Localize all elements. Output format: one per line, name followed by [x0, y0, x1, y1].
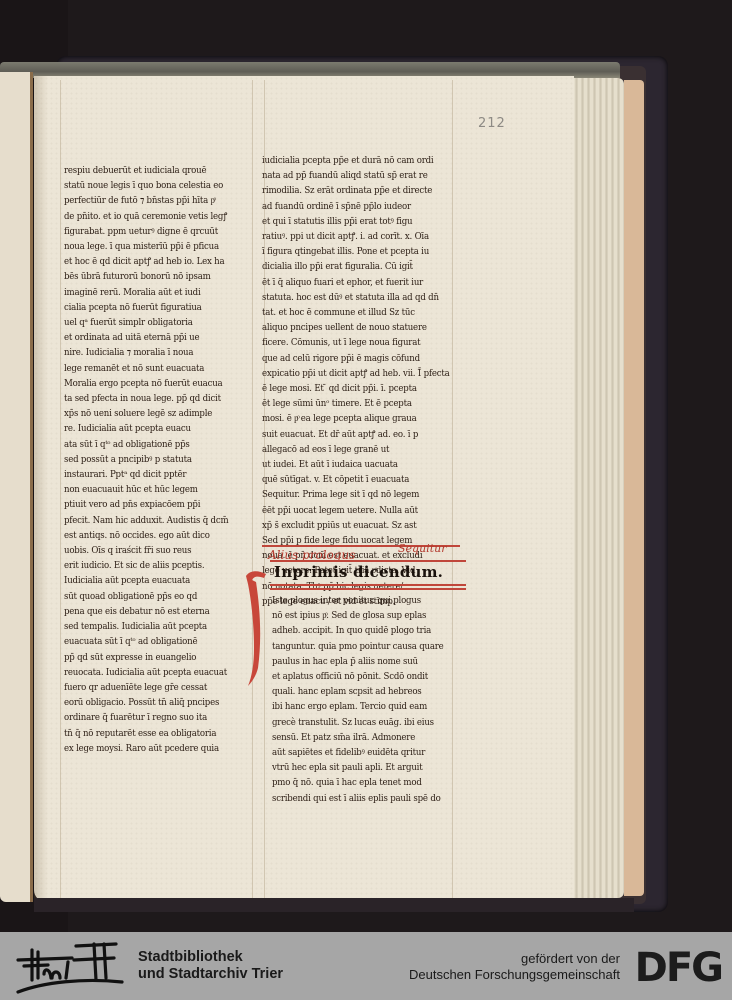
text-line: sensū. Et patz sm̄a ilrā. Admonere	[272, 730, 460, 746]
text-line: tat. et hoc ē commune et illud Sz tūc	[262, 306, 456, 322]
text-line: dicialia illo pp̄i erat figuralia. Cū ig…	[262, 260, 456, 276]
text-line: et hoc ē qd dicit aptꝭ ad heb io. Lex ha	[64, 255, 244, 271]
text-line: et qui ī statutis illis pp̄i erat totꝰ f…	[262, 214, 456, 230]
text-line: pp̄ qd sūt expresse in euangelio	[64, 650, 244, 666]
text-line: ptiuit vero ad pn̄s expiacōem pp̄i	[64, 498, 244, 514]
text-line: euacuata sūt ī qᵗᵒ ad obligationē	[64, 635, 244, 651]
facing-page-left	[0, 72, 33, 902]
funding-line2: Deutschen Forschungsgemeinschaft	[409, 967, 620, 983]
text-line: fuero qr aduenīēte lege gr̄e cessat	[64, 681, 244, 697]
text-line: et aplatus officiū nō pōnit. Scdō ondit	[272, 670, 460, 686]
text-line: nire. Iudicialia ⁊ moralia ī noua	[64, 346, 244, 362]
rubric-rule	[270, 584, 466, 586]
text-line: statū noue legis ī quo bona celestia eo	[64, 179, 244, 195]
text-line: pena que eis debatur nō est eterna	[64, 605, 244, 621]
text-line: bēs ūbrā futurorū bonorū nō ipsam	[64, 270, 244, 286]
text-line: et ordinata ad uitā eternā pp̄i ue	[64, 331, 244, 347]
text-line: ta sed pfecta in noua lege. pp̄ qd dicit	[64, 392, 244, 408]
text-line: sed tempalis. Iudicialia aūt pcepta	[64, 620, 244, 636]
text-line: reuocata. Iudicialia aūt pcepta euacuat	[64, 665, 244, 681]
text-line: ibi hanc ergo eplam. Tercio quid eam	[272, 700, 460, 716]
text-line: ēt ī q̄ aliquo fuari et ephor, et fuerit…	[262, 275, 456, 291]
text-line: Moralia ergo pcepta nō fuerūt euacua	[64, 376, 244, 392]
text-line: ēēt pp̄i uocat legem uetere. Nulla aūt	[262, 503, 456, 519]
text-line: ēt lege sūmi ūnᵒ timere. Et ē pcepta	[262, 397, 456, 413]
text-line: que ad celū rigore pp̄i ē magis cōfund	[262, 351, 456, 367]
text-line: suit euacuat. Et dr̄ aūt aptꝭ ad. eo. ī …	[262, 427, 456, 443]
library-name-line1: Stadtbibliothek	[138, 949, 283, 966]
text-line: Iudicialia aūt pcepta euacuata	[64, 574, 244, 590]
text-line: ī figura qtingebat illis. Pone et pcepta…	[262, 245, 456, 261]
text-line: sūt quoad obligationē pp̄s eo qd	[64, 589, 244, 605]
left-text-column: respiu debuerūt et iudiciala qrouēstatū …	[64, 164, 244, 754]
rubric-rule	[270, 588, 466, 590]
library-name-line2: und Stadtarchiv Trier	[138, 966, 283, 983]
funding-line1: gefördert von der	[409, 951, 620, 967]
text-line: quali. hanc eplam scpsit ad hebreos	[272, 685, 460, 701]
text-line: Iste plogus inter ponitur. qui plogus	[272, 594, 460, 610]
text-line: adheb. accipit. In quo quidē plogo tria	[272, 624, 460, 640]
text-line: tanguntur. quia pmo pointur causa quare	[272, 639, 460, 655]
dfg-logo: DFG	[635, 948, 722, 988]
text-line: iudicialia pcepta pp̄e et durā nō cam or…	[262, 154, 456, 170]
text-line: lege remanēt et nō sunt euacuata	[64, 361, 244, 377]
text-line: pfecit. Nam hic adduxit. Audistis q̄ dcm…	[64, 513, 244, 529]
text-line: nata ad pp̄ fuandū aliqd statū sp̄ erat …	[262, 169, 456, 185]
text-line: allegacō ad eos ī lege granē ut	[262, 442, 456, 458]
text-line: erit iudicio. Et sic de aliis pceptis.	[64, 559, 244, 575]
text-line: ut iudei. Et aūt ī iudaica uacuata	[262, 458, 456, 474]
text-line: scribendi qui est ī aliis eplis pauli sp…	[272, 791, 460, 807]
text-line: aūt sapiētes et fidelibꝰ euidēta qritur	[272, 746, 460, 762]
text-line: nō est ipius pͦ. Sed de glosa sup eplas	[272, 609, 460, 625]
text-line: instaurari. Pptᵃ qd dicit pptēr	[64, 468, 244, 484]
text-line: noua lege. ī qua misterīū pp̄i ē pficua	[64, 240, 244, 256]
text-line: est antiqs. nō occides. ego aūt dico	[64, 528, 244, 544]
text-line: cialia pcepta nō fuerūt figuratiua	[64, 300, 244, 316]
text-line: xp̄ s̄ excludit ppiūs ut euacuat. Sz ast	[262, 518, 456, 534]
text-line: non euacuauit hūc et hūc legem	[64, 483, 244, 499]
stadtbibliothek-logo-icon	[14, 938, 124, 996]
library-name: Stadtbibliothek und Stadtarchiv Trier	[138, 949, 283, 983]
rubric-sequitur: Sequitur	[398, 542, 446, 555]
text-line: re. Iudicialia aūt pcepta euacu	[64, 422, 244, 438]
text-line: rimodilia. Sz erāt ordinata pp̄e et dire…	[262, 184, 456, 200]
text-line: perfectiūr de futō ⁊ bn̄stas pp̄i hīta p…	[64, 194, 244, 210]
text-line: ad fuandū ordinē ī sp̄nē pp̄lo iudeor	[262, 199, 456, 215]
rubric-rule	[270, 560, 466, 562]
text-line: respiu debuerūt et iudiciala qrouē	[64, 164, 244, 180]
text-line: aliquo pncipes uellent de nouo statuere	[262, 321, 456, 337]
footer-bar: Stadtbibliothek und Stadtarchiv Trier ge…	[0, 932, 732, 1000]
text-line: paulus in hac epla p̄ aliis nome suū	[272, 654, 460, 670]
text-line: tn̄ q̄ nō reputarēt esse ea obligatoria	[64, 726, 244, 742]
text-line: mosi. ē pͦ ea lege pcepta alique graua	[262, 412, 456, 428]
text-line: imaginē rerū. Moralia aūt et iudi	[64, 285, 244, 301]
text-line: sed possūt a pncipibꝰ p statuta	[64, 452, 244, 468]
text-line: ex lege moysi. Raro aūt pcedere quia	[64, 741, 244, 754]
text-line: uel qᵃ fuerūt simplr obligatoria	[64, 316, 244, 332]
incipit-heading: Inprimis dicendum.	[274, 563, 443, 581]
text-line: xp̄s nō ueni soluere legē sz adimple	[64, 407, 244, 423]
text-line: grecè transtulit. Sz lucas euāg. ibi eiu…	[272, 715, 460, 731]
folio-number: 212	[478, 116, 506, 131]
manuscript-scan: 212 respiu debuerūt et iudiciala qrouēst…	[0, 0, 732, 932]
text-line: de pn̄ito. et io quā ceremonie vetis leg…	[64, 209, 244, 225]
text-line: ē lege mosi. Et ̄ qd dicit pp̄i. ī. pcep…	[262, 382, 456, 398]
text-line: expicatio pp̄i ut dicit aptꝭ ad heb. vii…	[262, 366, 456, 382]
text-line: statuta. hoc est dūꝰ et statuta illa ad …	[262, 290, 456, 306]
text-line: ata sūt ī qᵗᵒ ad obligationē pp̄s	[64, 437, 244, 453]
text-line: ratiuꝰ. ppi ut dicit aptꝭ. i. ad corīt. …	[262, 230, 456, 246]
text-line: eorū obligacio. Possūt tn̄ aliq̄ pncipes	[64, 696, 244, 712]
gutter-shadow	[34, 76, 48, 902]
text-line: uobis. Oīs q iraścit fr̄i suo reus	[64, 544, 244, 560]
text-line: ficere. Cōmunis, ut ī lege noua figurat	[262, 336, 456, 352]
red-initial-I-icon	[244, 568, 270, 688]
page-fore-edge-outer	[624, 80, 644, 896]
page-bottom-shadow	[34, 898, 634, 912]
text-line: quē sūtīgat. v. Et cōpetit ī euacuata	[262, 473, 456, 489]
right-text-column-after: Iste plogus inter ponitur. qui plogusnō …	[272, 594, 460, 824]
funding-credit: gefördert von der Deutschen Forschungsge…	[409, 951, 620, 983]
text-line: figurabat. ppm ueturꝰ digne ē qrcuūt	[64, 224, 244, 240]
ruling-line	[252, 80, 253, 900]
text-line: ordinare q̄ fuarētur ī regno suo ita	[64, 711, 244, 727]
ruling-line	[60, 80, 61, 900]
text-line: Sequitur. Prima lege sit ī qd nō legem	[262, 488, 456, 504]
text-line: vtrū hec epla sit pauli apli. Et arguit	[272, 761, 460, 777]
text-line: pmo q̄ nō. quia ī hac epla tenet mod	[272, 776, 460, 792]
